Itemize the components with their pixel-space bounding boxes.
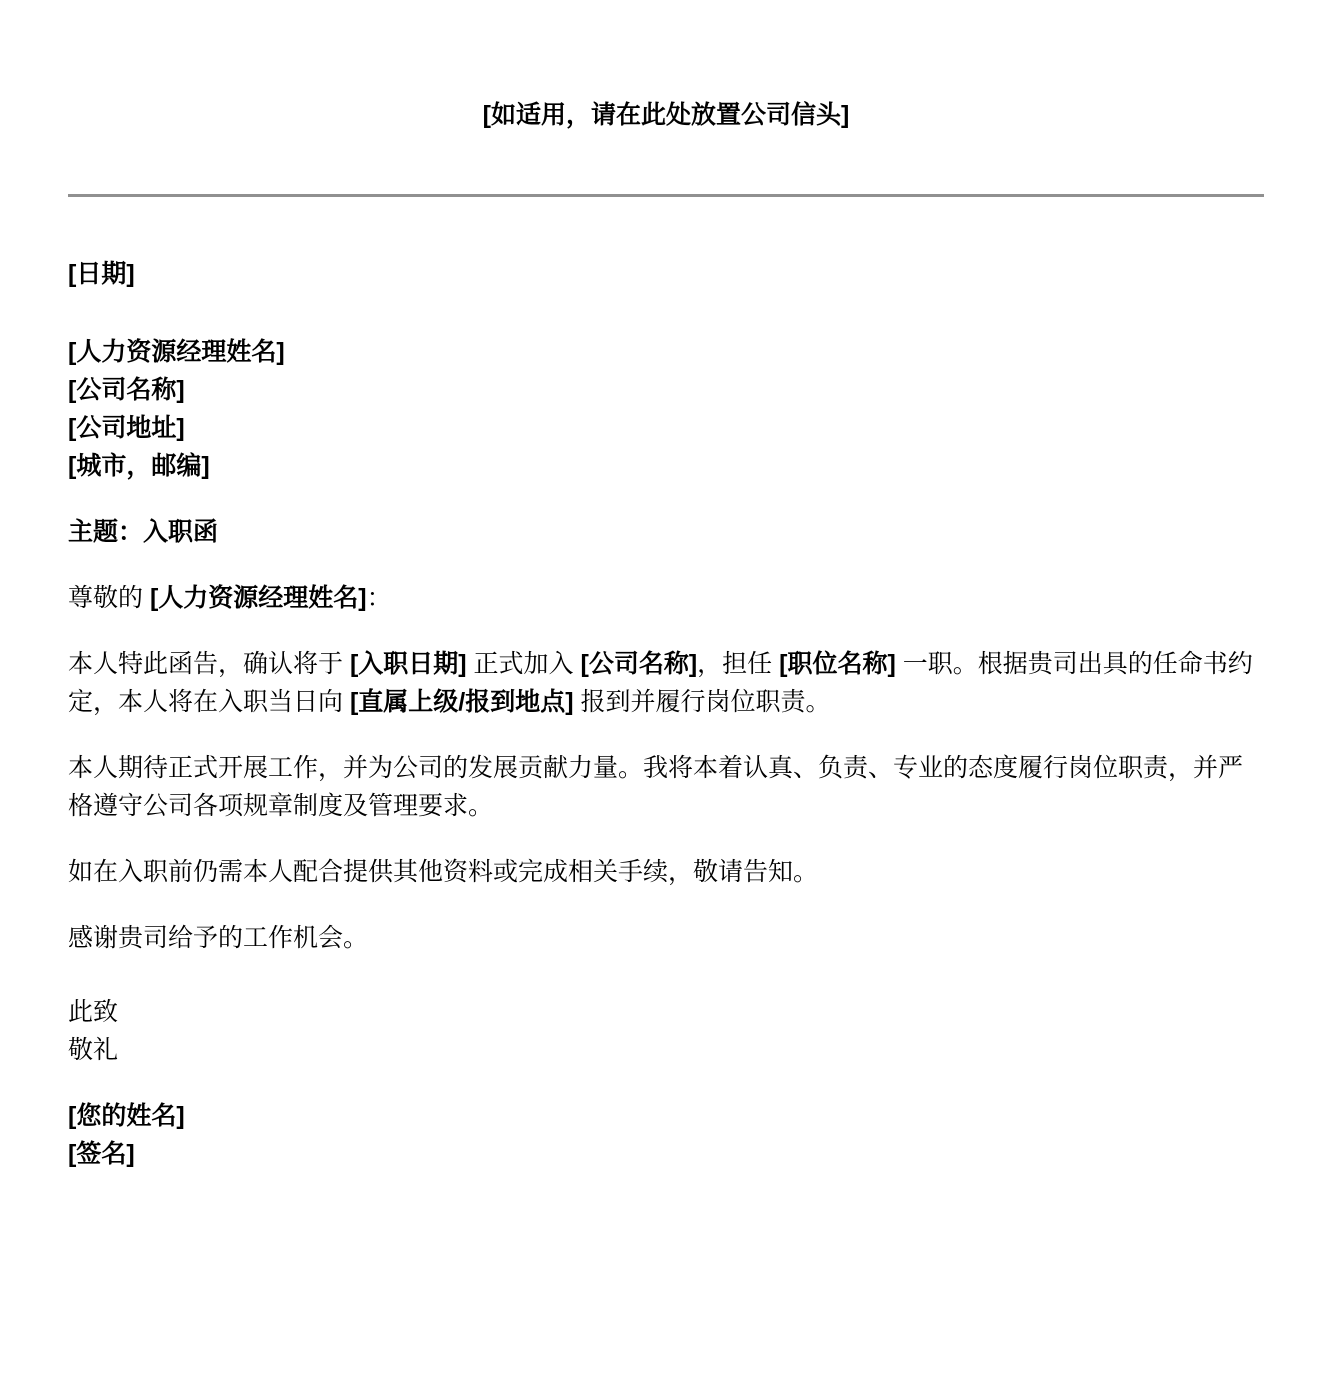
supervisor-location-placeholder: [直属上级/报到地点]	[350, 688, 574, 716]
recipient-city-zip: [城市，邮编]	[68, 447, 1264, 485]
letterhead-divider	[68, 194, 1264, 197]
salutation-name-placeholder: [人力资源经理姓名]	[150, 584, 367, 612]
recipient-hr-manager-name: [人力资源经理姓名]	[68, 333, 1264, 371]
body-paragraph-1: 本人特此函告，确认将于 [入职日期] 正式加入 [公司名称]，担任 [职位名称]…	[68, 645, 1264, 721]
p1-text: ，担任	[697, 650, 779, 678]
company-name-placeholder: [公司名称]	[581, 650, 698, 678]
position-title-placeholder: [职位名称]	[779, 650, 896, 678]
company-letterhead-placeholder: [如适用，请在此处放置公司信头]	[68, 0, 1264, 134]
body-paragraph-3: 如在入职前仍需本人配合提供其他资料或完成相关手续，敬请告知。	[68, 853, 1264, 891]
closing-cizhi: 此致	[68, 993, 1264, 1031]
signature-block: [您的姓名] [签名]	[68, 1097, 1264, 1173]
body-paragraph-2: 本人期待正式开展工作，并为公司的发展贡献力量。我将本着认真、负责、专业的态度履行…	[68, 749, 1264, 825]
start-date-placeholder: [入职日期]	[350, 650, 467, 678]
date-placeholder: [日期]	[68, 255, 1264, 293]
closing-jingli: 敬礼	[68, 1031, 1264, 1069]
p1-text: 正式加入	[467, 650, 581, 678]
salutation-colon: ：	[367, 584, 392, 612]
signature-placeholder: [签名]	[68, 1135, 1264, 1173]
recipient-company-name: [公司名称]	[68, 371, 1264, 409]
letter-page: [如适用，请在此处放置公司信头] [日期] [人力资源经理姓名] [公司名称] …	[0, 0, 1332, 1380]
salutation: 尊敬的 [人力资源经理姓名]：	[68, 579, 1264, 617]
p1-text: 本人特此函告，确认将于	[68, 650, 350, 678]
p1-text: 报到并履行岗位职责。	[574, 688, 831, 716]
recipient-company-address: [公司地址]	[68, 409, 1264, 447]
salutation-prefix: 尊敬的	[68, 584, 150, 612]
body-paragraph-4: 感谢贵司给予的工作机会。	[68, 919, 1264, 957]
recipient-block: [人力资源经理姓名] [公司名称] [公司地址] [城市，邮编]	[68, 333, 1264, 485]
subject-line: 主题：入职函	[68, 513, 1264, 551]
sender-name-placeholder: [您的姓名]	[68, 1097, 1264, 1135]
closing-block: 此致 敬礼	[68, 993, 1264, 1069]
